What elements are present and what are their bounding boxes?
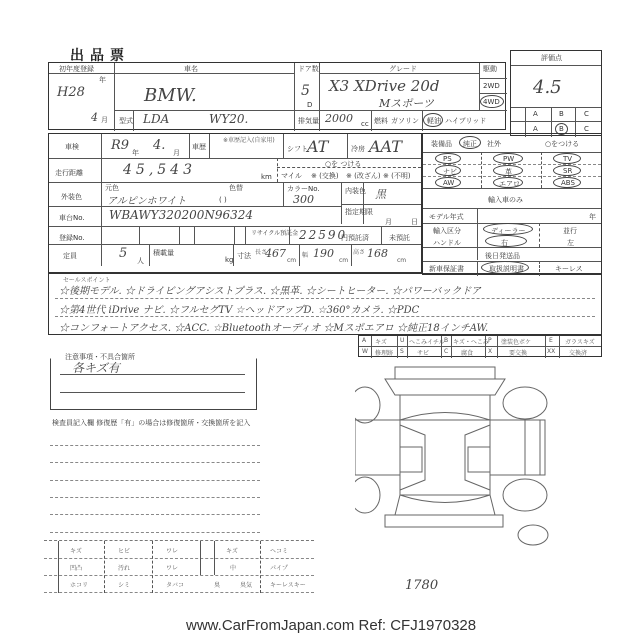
inspector-label: 検査員記入欄 修復歴「有」の場合は修復箇所・交換箇所を記入: [52, 418, 250, 428]
vin: WBAWY320200N96324: [109, 208, 253, 222]
details-table: 車検 R9 年 4. 月 車歴 ※車歴記入(自家用) シフト AT 冷房 AAT…: [48, 133, 422, 273]
header-table: 初年度登録 年 H28 4 月 車名 BMW. 型式 LDA WY20. ドア数…: [48, 62, 506, 130]
sales-point-line1: ☆後期モデル. ☆ドライビングアシストプラス. ☆黒革. ☆シートヒーター. ☆…: [59, 282, 481, 297]
shift: AT: [307, 137, 328, 156]
footer-ref: www.CarFromJapan.com Ref: CFJ1970328: [186, 617, 476, 634]
sales-points: セールスポイント ☆後期モデル. ☆ドライビングアシストプラス. ☆黒革. ☆シ…: [48, 273, 602, 335]
score-label: 評価点: [541, 53, 562, 63]
diagram-note: 1780: [405, 578, 438, 593]
car-name: BMW.: [144, 85, 197, 106]
color-no: 300: [293, 193, 314, 206]
grade-line2: Mスポーツ: [379, 95, 434, 111]
interior-color: 黒: [375, 186, 386, 202]
displacement: 2000: [325, 112, 353, 125]
ac: AAT: [369, 137, 402, 156]
first-reg-month: 4: [91, 111, 98, 124]
score-box: 評価点 4.5 A B C A B C: [510, 50, 602, 136]
grade-line1: X3 XDrive 20d: [329, 77, 439, 95]
damage-legend: A キズ U へこみイチル B キズ・へこみ P 塗装色ボケ E ガラスキズ W…: [358, 335, 602, 357]
recycle-fee: 22590: [299, 228, 347, 242]
model-code: WY20.: [209, 112, 248, 126]
width: 190: [313, 247, 334, 260]
car-diagram-icon: [355, 365, 575, 585]
inspection-year: R9: [111, 138, 129, 153]
mileage: 45,543: [123, 162, 196, 178]
score-value: 4.5: [533, 77, 562, 98]
doors: 5: [301, 83, 310, 99]
sales-point-line3: ☆コンフォートアクセス. ☆ACC. ☆Bluetoothオーディオ ☆Mスポエ…: [59, 319, 488, 334]
original-color: アルピンホワイト: [107, 192, 186, 207]
length: 467: [265, 247, 286, 260]
model-prefix: LDA: [143, 112, 169, 126]
sales-point-line2: ☆第4世代 iDrive ナビ. ☆フルセグTV ☆ヘッドアップD. ☆360°…: [59, 301, 419, 316]
bottom-checklist: キズ ヒビ ワレ キズ ヘコミ 凹凸 汚れ ワレ 中 パイプ ホコリ シミ タバ…: [44, 540, 314, 593]
equipment-table: 装備品 純正 社外 ○をつける PS PW TV ナビ 革 SR AW エアロ …: [422, 133, 602, 275]
capacity: 5: [119, 246, 127, 261]
first-reg-year: H28: [57, 85, 85, 100]
height: 168: [367, 247, 388, 260]
inspection-month: 4.: [153, 138, 165, 153]
